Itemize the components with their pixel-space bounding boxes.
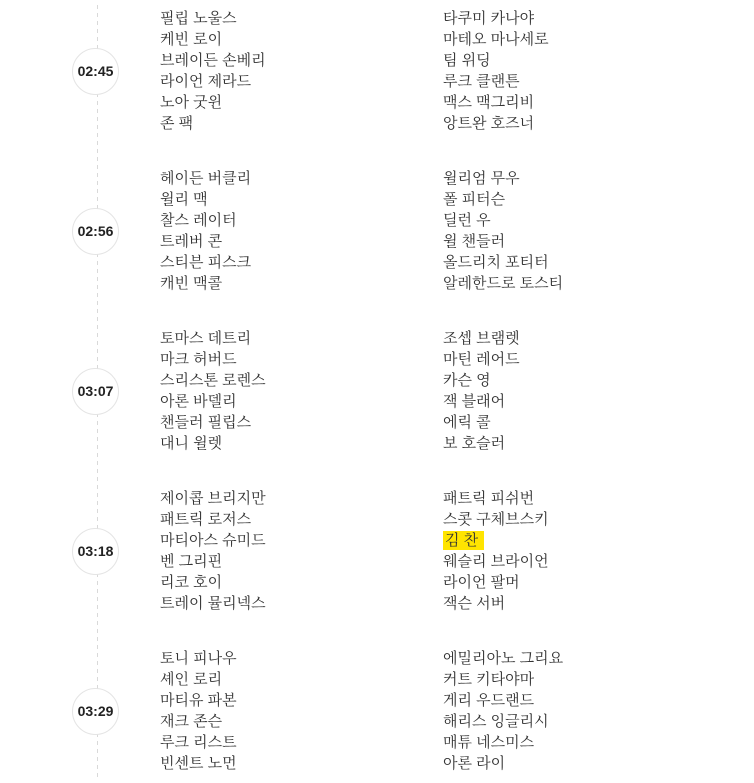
player-name: 폴 피터슨 xyxy=(443,189,563,210)
players-column-left: 헤이든 버클리 윌리 맥 찰스 레이터 트레버 콘 스티븐 피스크 캐빈 맥콜 xyxy=(160,168,443,294)
timeline-column: 03:18 xyxy=(0,528,160,575)
player-name: 웨슬리 브라이언 xyxy=(443,551,549,572)
player-name: 루크 클랜튼 xyxy=(443,71,549,92)
player-name: 올드리치 포티터 xyxy=(443,252,563,273)
player-name: 패트릭 피쉬번 xyxy=(443,488,549,509)
player-name: 딜런 우 xyxy=(443,210,563,231)
player-name: 잭슨 서버 xyxy=(443,593,549,614)
player-name: 재크 존슨 xyxy=(160,711,443,732)
tee-time-group: 03:18 제이콥 브리지만 패트릭 로저스 마티아스 슈미드 벤 그리핀 리코… xyxy=(0,488,754,614)
player-name: 케빈 로이 xyxy=(160,29,443,50)
player-name: 아론 바델리 xyxy=(160,391,443,412)
player-name: 맥스 맥그리비 xyxy=(443,92,549,113)
tee-time-label: 02:45 xyxy=(78,63,114,79)
tee-times-page: 02:45 필립 노울스 케빈 로이 브레이든 손베리 라이언 제라드 노아 굿… xyxy=(0,0,754,783)
player-name: 에릭 콜 xyxy=(443,412,520,433)
players-column-right: 패트릭 피쉬번 스콧 구체브스키 김 찬 웨슬리 브라이언 라이언 팔머 잭슨 … xyxy=(443,488,549,614)
player-name: 라이언 팔머 xyxy=(443,572,549,593)
timeline-column: 03:07 xyxy=(0,368,160,415)
tee-time-group: 03:07 토마스 데트리 마크 허버드 스리스톤 로렌스 아론 바델리 챈들러… xyxy=(0,328,754,454)
tee-time-group: 02:45 필립 노울스 케빈 로이 브레이든 손베리 라이언 제라드 노아 굿… xyxy=(0,8,754,134)
timeline-column: 02:56 xyxy=(0,208,160,255)
timeline-column: 02:45 xyxy=(0,48,160,95)
player-name: 트레버 콘 xyxy=(160,231,443,252)
tee-time-badge: 03:29 xyxy=(72,688,119,735)
player-name: 해리스 잉글리시 xyxy=(443,711,563,732)
player-name: 잭 블래어 xyxy=(443,391,520,412)
player-name: 토마스 데트리 xyxy=(160,328,443,349)
players-column-left: 제이콥 브리지만 패트릭 로저스 마티아스 슈미드 벤 그리핀 리코 호이 트레… xyxy=(160,488,443,614)
player-name: 필립 노울스 xyxy=(160,8,443,29)
players-column-right: 윌리엄 무우 폴 피터슨 딜런 우 윌 챈들러 올드리치 포티터 알레한드로 토… xyxy=(443,168,563,294)
player-name: 헤이든 버클리 xyxy=(160,168,443,189)
player-name: 라이언 제라드 xyxy=(160,71,443,92)
player-name: 팀 위딩 xyxy=(443,50,549,71)
players-column-right: 에밀리아노 그리요 커트 키타야마 게리 우드랜드 해리스 잉글리시 매튜 네스… xyxy=(443,648,563,774)
tee-times-timeline: 02:45 필립 노울스 케빈 로이 브레이든 손베리 라이언 제라드 노아 굿… xyxy=(0,0,754,774)
player-name: 챈들러 필립스 xyxy=(160,412,443,433)
player-name: 앙트완 호즈너 xyxy=(443,113,549,134)
player-name: 매튜 네스미스 xyxy=(443,732,563,753)
players-column-right: 타쿠미 카나야 마테오 마나세로 팀 위딩 루크 클랜튼 맥스 맥그리비 앙트완… xyxy=(443,8,549,134)
player-name: 마티유 파본 xyxy=(160,690,443,711)
player-name: 노아 굿윈 xyxy=(160,92,443,113)
tee-time-group: 02:56 헤이든 버클리 윌리 맥 찰스 레이터 트레버 콘 스티븐 피스크 … xyxy=(0,168,754,294)
tee-time-badge: 02:56 xyxy=(72,208,119,255)
tee-time-label: 03:29 xyxy=(78,703,114,719)
player-name: 스리스톤 로렌스 xyxy=(160,370,443,391)
tee-time-badge: 03:18 xyxy=(72,528,119,575)
player-name: 토니 피나우 xyxy=(160,648,443,669)
player-name: 트레이 뮬리넥스 xyxy=(160,593,443,614)
player-name: 에밀리아노 그리요 xyxy=(443,648,563,669)
players-column-left: 토마스 데트리 마크 허버드 스리스톤 로렌스 아론 바델리 챈들러 필립스 대… xyxy=(160,328,443,454)
tee-time-group: 03:29 토니 피나우 셰인 로리 마티유 파본 재크 존슨 루크 리스트 빈… xyxy=(0,648,754,774)
player-name: 빈센트 노먼 xyxy=(160,753,443,774)
player-name: 마티아스 슈미드 xyxy=(160,530,443,551)
player-name: 보 호슬러 xyxy=(443,433,520,454)
highlight-marker: 김 찬 xyxy=(443,531,484,550)
timeline-column: 03:29 xyxy=(0,688,160,735)
player-name: 조셉 브램렛 xyxy=(443,328,520,349)
tee-time-badge: 03:07 xyxy=(72,368,119,415)
player-name: 패트릭 로저스 xyxy=(160,509,443,530)
tee-time-label: 03:07 xyxy=(78,383,114,399)
player-name: 캐빈 맥콜 xyxy=(160,273,443,294)
tee-time-label: 03:18 xyxy=(78,543,114,559)
tee-time-label: 02:56 xyxy=(78,223,114,239)
player-name: 커트 키타야마 xyxy=(443,669,563,690)
player-name: 윌 챈들러 xyxy=(443,231,563,252)
player-name: 윌리엄 무우 xyxy=(443,168,563,189)
player-name: 벤 그리핀 xyxy=(160,551,443,572)
players-column-left: 필립 노울스 케빈 로이 브레이든 손베리 라이언 제라드 노아 굿윈 존 팩 xyxy=(160,8,443,134)
player-name: 타쿠미 카나야 xyxy=(443,8,549,29)
player-name: 마크 허버드 xyxy=(160,349,443,370)
player-name: 카슨 영 xyxy=(443,370,520,391)
tee-time-badge: 02:45 xyxy=(72,48,119,95)
player-name: 마틴 레어드 xyxy=(443,349,520,370)
player-name: 게리 우드랜드 xyxy=(443,690,563,711)
player-name: 제이콥 브리지만 xyxy=(160,488,443,509)
players-column-right: 조셉 브램렛 마틴 레어드 카슨 영 잭 블래어 에릭 콜 보 호슬러 xyxy=(443,328,520,454)
player-name: 스티븐 피스크 xyxy=(160,252,443,273)
player-name: 찰스 레이터 xyxy=(160,210,443,231)
player-name: 루크 리스트 xyxy=(160,732,443,753)
players-column-left: 토니 피나우 셰인 로리 마티유 파본 재크 존슨 루크 리스트 빈센트 노먼 xyxy=(160,648,443,774)
player-name: 아론 라이 xyxy=(443,753,563,774)
player-name: 스콧 구체브스키 xyxy=(443,509,549,530)
player-name: 마테오 마나세로 xyxy=(443,29,549,50)
player-name: 윌리 맥 xyxy=(160,189,443,210)
player-name: 셰인 로리 xyxy=(160,669,443,690)
player-name-highlighted: 김 찬 xyxy=(443,530,549,551)
player-name: 리코 호이 xyxy=(160,572,443,593)
player-name: 존 팩 xyxy=(160,113,443,134)
player-name: 알레한드로 토스티 xyxy=(443,273,563,294)
player-name: 브레이든 손베리 xyxy=(160,50,443,71)
player-name: 대니 윌렛 xyxy=(160,433,443,454)
